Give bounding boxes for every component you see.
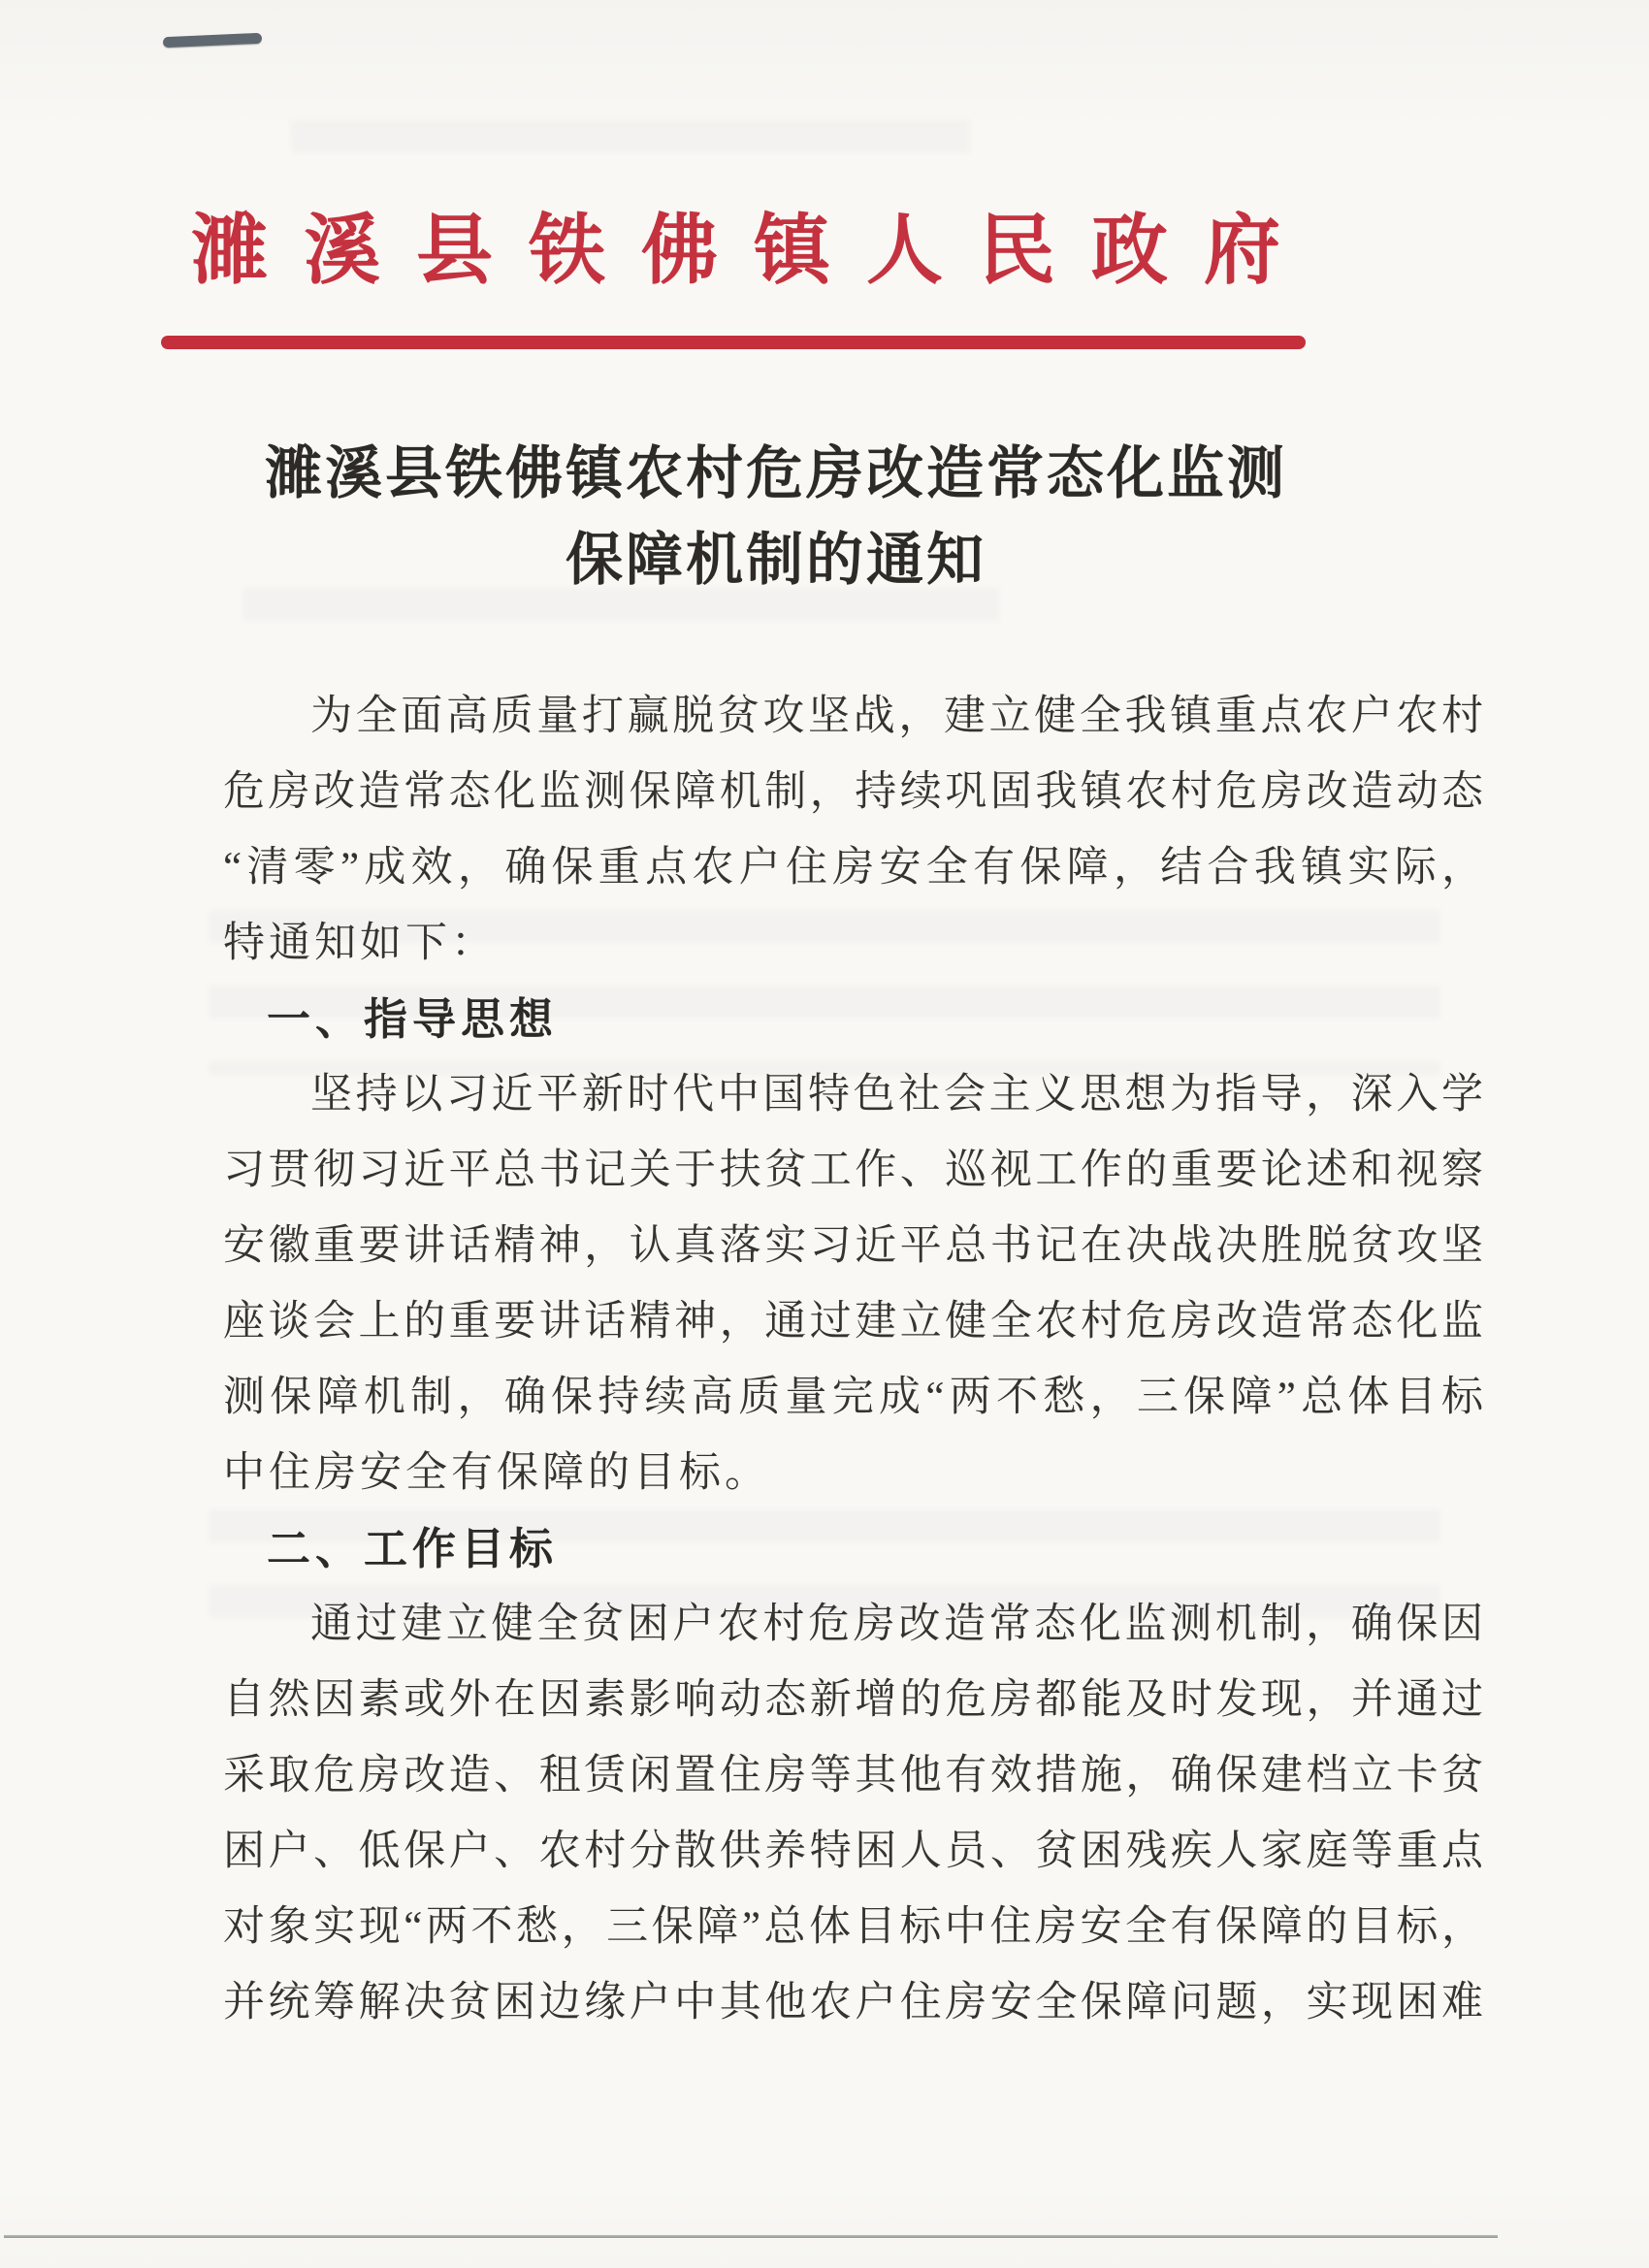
- doc-line: 对象实现“两不愁，三保障”总体目标中住房安全有保障的目标，: [223, 1890, 1484, 1965]
- document-title-line2: 保障机制的通知: [145, 517, 1406, 603]
- document-body: 为全面高质量打赢脱贫攻坚战，建立健全我镇重点农户农村 危房改造常态化监测保障机制…: [223, 679, 1484, 2041]
- doc-line: 座谈会上的重要讲话精神，通过建立健全农村危房改造常态化监: [223, 1284, 1484, 1360]
- doc-line: 中住房安全有保障的目标。: [223, 1436, 1484, 1511]
- doc-line: 困户、低保户、农村分散供养特困人员、贫困残疾人家庭等重点: [223, 1814, 1484, 1890]
- doc-line: 为全面高质量打赢脱贫攻坚战，建立健全我镇重点农户农村: [223, 679, 1484, 755]
- doc-line: 并统筹解决贫困边缘户中其他农户住房安全保障问题，实现困难: [223, 1965, 1484, 2041]
- scanned-document-page: { "page": { "background_color": "#f9f8f5…: [0, 0, 1649, 2268]
- doc-line: 特通知如下：: [223, 906, 1484, 982]
- doc-line: 采取危房改造、租赁闲置住房等其他有效措施，确保建档立卡贫: [223, 1738, 1484, 1814]
- bleed-through-noise: [291, 120, 970, 182]
- doc-line: 坚持以习近平新时代中国特色社会主义思想为指导，深入学: [223, 1057, 1484, 1133]
- doc-line: 通过建立健全贫困户农村危房改造常态化监测机制，确保因: [223, 1587, 1484, 1663]
- section-heading-1: 一、指导思想: [223, 982, 1484, 1057]
- document-title: 濉溪县铁佛镇农村危房改造常态化监测 保障机制的通知: [145, 431, 1406, 603]
- section-heading-2: 二、工作目标: [223, 1511, 1484, 1587]
- doc-line: 习贯彻习近平总书记关于扶贫工作、巡视工作的重要论述和视察: [223, 1133, 1484, 1209]
- doc-line: 安徽重要讲话精神，认真落实习近平总书记在决战决胜脱贫攻坚: [223, 1209, 1484, 1284]
- doc-line: 测保障机制，确保持续高质量完成“两不愁，三保障”总体目标: [223, 1360, 1484, 1436]
- doc-line: “清零”成效，确保重点农户住房安全有保障，结合我镇实际，: [223, 830, 1484, 906]
- doc-line: 危房改造常态化监测保障机制，持续巩固我镇农村危房改造动态: [223, 755, 1484, 830]
- scan-edge-line: [4, 2235, 1498, 2238]
- letterhead-divider-line: [161, 336, 1306, 349]
- staple-mark: [163, 33, 262, 48]
- letterhead-org-name: 濉溪县铁佛镇人民政府: [191, 192, 1280, 312]
- doc-line: 自然因素或外在因素影响动态新增的危房都能及时发现，并通过: [223, 1663, 1484, 1738]
- document-title-line1: 濉溪县铁佛镇农村危房改造常态化监测: [145, 431, 1406, 517]
